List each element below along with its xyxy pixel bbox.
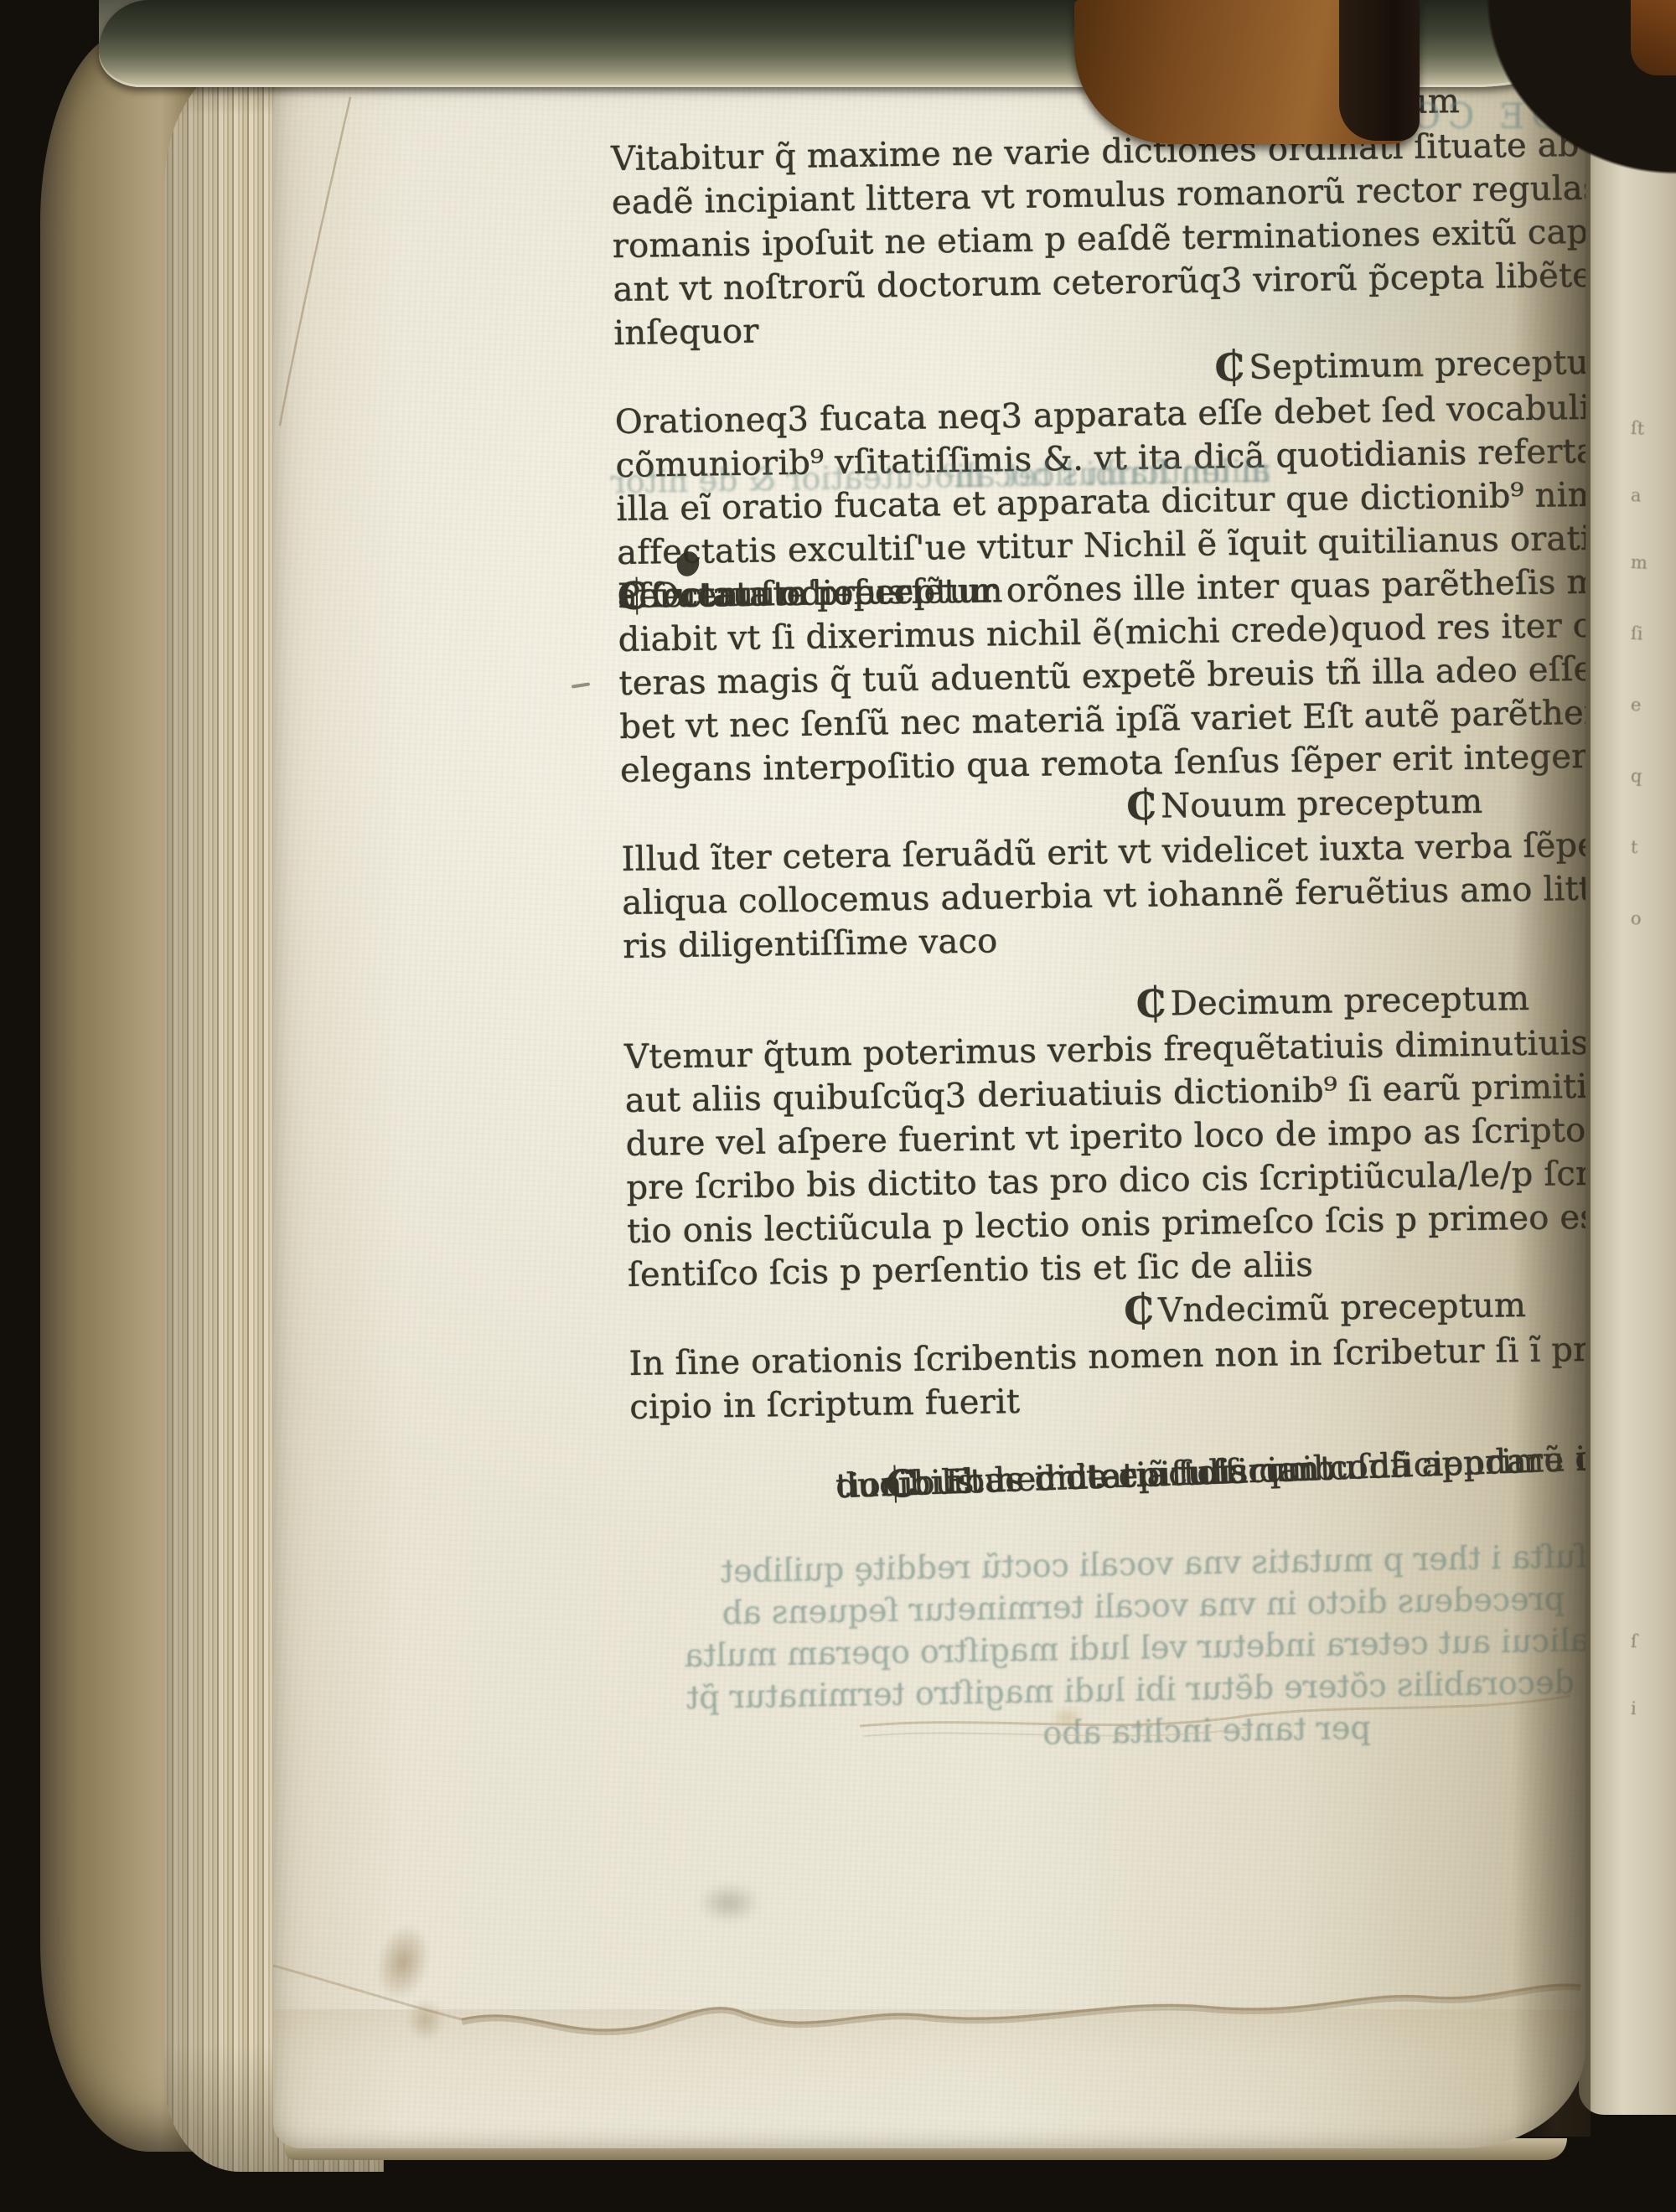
heading-text: Septimum preceptum [1249,340,1585,390]
capitulum-icon: C [1214,346,1245,390]
gutter-text-fragment: a [1630,485,1668,507]
bleedthrough-lower: ſuſta i ther p mutatis vna vocali coctũ … [850,1535,1585,1757]
gutter-text-fragment: ſ [1630,1631,1668,1653]
stain [685,1875,773,1930]
leather-corner-sliver [1631,0,1676,75]
book-scan: ſt a m ſi e q t o ſ i CSextum preceptum … [0,0,1676,2212]
heading-text: Vndecimũ preceptum [1158,1284,1527,1333]
gutter-text-fragment: e [1630,695,1668,716]
gutter-text-fragment: ſt [1630,418,1668,440]
gutter-text-fragment: m [1630,552,1668,574]
printed-text: CSextum preceptum Vitabitur q̃ maxime ne… [610,78,1585,1468]
bleedthrough-line: per tante inclita abo [852,1707,1371,1758]
tear-shading [273,2009,1585,2148]
stain [355,1901,451,2023]
bleedthrough-line: m lenthamus hoc mo [934,447,1271,500]
capitulum-icon: C [1135,982,1166,1026]
gutter-text-fragment: i [1630,1698,1668,1720]
margin-mark [572,682,590,688]
heading-text: Nouum preceptum [1161,780,1483,829]
text-line: ducibilibus dicteria ſufficiant [835,1446,1334,1508]
capitulum-icon: C [1126,784,1157,829]
gutter-text-fragment: o [1630,908,1668,930]
leather-strap [1339,0,1420,141]
book-page: CSextum preceptum Vitabitur q̃ maxime ne… [273,74,1585,2148]
capitulum-icon: C [1124,1289,1155,1334]
facing-page-sliver: ſt a m ſi e q t o ſ i [1579,49,1676,2115]
heading-text: Decimum preceptum [1170,977,1529,1026]
gutter-text-fragment: q [1630,766,1668,788]
closing-paragraph: CEt hec de epiſtolarum conficiendarũ inſ… [835,1437,1585,1465]
gutter-text-fragment: t [1630,837,1668,859]
gutter-text-fragment: ſi [1630,623,1668,645]
